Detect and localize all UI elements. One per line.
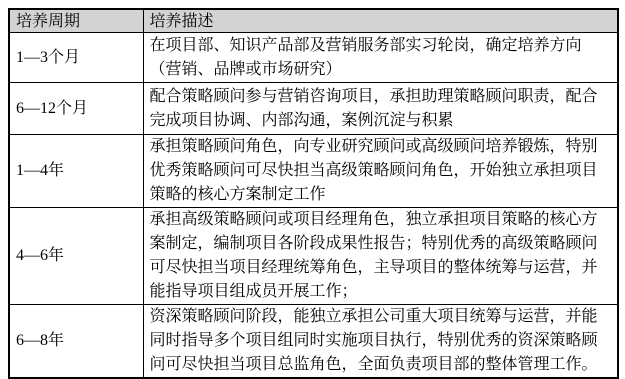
- table-row: 6—12个月 配合策略顾问参与营销咨询项目，承担助理策略顾问职责，配合完成项目协…: [9, 83, 618, 135]
- period-cell: 6—8年: [9, 305, 143, 379]
- period-cell: 1—3个月: [9, 33, 143, 83]
- document-page: 培养周期 培养描述 1—3个月 在项目部、知识产品部及营销服务部实习轮岗，确定培…: [0, 0, 625, 379]
- column-header-period: 培养周期: [9, 9, 143, 33]
- table-row: 6—8年 资深策略顾问阶段，能独立承担公司重大项目统筹与运营，并能同时指导多个项…: [9, 305, 618, 379]
- description-cell: 承担策略顾问角色，向专业研究顾问或高级顾问培养锻炼，特别优秀策略顾问可尽快担当高…: [143, 135, 618, 208]
- description-cell: 在项目部、知识产品部及营销服务部实习轮岗，确定培养方向（营销、品牌或市场研究）: [143, 33, 618, 83]
- training-plan-table: 培养周期 培养描述 1—3个月 在项目部、知识产品部及营销服务部实习轮岗，确定培…: [8, 8, 619, 379]
- table-header-row: 培养周期 培养描述: [9, 9, 618, 33]
- period-cell: 6—12个月: [9, 83, 143, 135]
- description-cell: 配合策略顾问参与营销咨询项目，承担助理策略顾问职责，配合完成项目协调、内部沟通，…: [143, 83, 618, 135]
- table-row: 4—6年 承担高级策略顾问或项目经理角色，独立承担项目策略的核心方案制定，编制项…: [9, 208, 618, 305]
- table-row: 1—4年 承担策略顾问角色，向专业研究顾问或高级顾问培养锻炼，特别优秀策略顾问可…: [9, 135, 618, 208]
- description-cell: 资深策略顾问阶段，能独立承担公司重大项目统筹与运营，并能同时指导多个项目组同时实…: [143, 305, 618, 379]
- period-cell: 4—6年: [9, 208, 143, 305]
- period-cell: 1—4年: [9, 135, 143, 208]
- table-row: 1—3个月 在项目部、知识产品部及营销服务部实习轮岗，确定培养方向（营销、品牌或…: [9, 33, 618, 83]
- column-header-description: 培养描述: [143, 9, 618, 33]
- description-cell: 承担高级策略顾问或项目经理角色，独立承担项目策略的核心方案制定，编制项目各阶段成…: [143, 208, 618, 305]
